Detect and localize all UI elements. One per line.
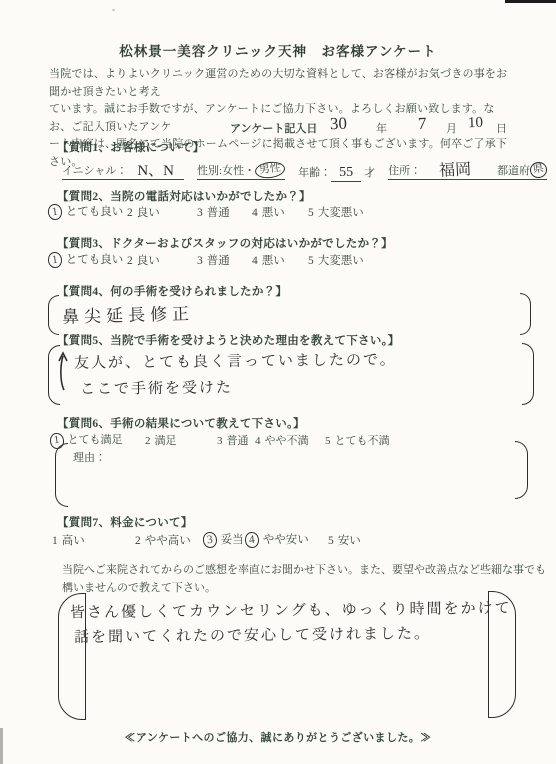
q3-option-5: 5大変悪い <box>308 252 364 268</box>
date-day-value: 10 <box>468 115 484 133</box>
intro-line-1: 当院では、よりよいクリニック運営のための大切な資料として、お客様がお気づきの事を… <box>49 66 515 101</box>
q2-option-2: 2良い <box>127 204 197 220</box>
date-year-unit: 年 <box>376 120 387 136</box>
q2-option-3: 3普通 <box>197 204 252 220</box>
feedback-answer-line-1-handwriting: 皆さん優しくてカウンセリングも、ゆっくり時間をかけて <box>70 597 512 623</box>
date-day-unit: 日 <box>496 120 507 136</box>
q4-header: 【質問4、何の手術を受けられましたか？】 <box>57 283 287 299</box>
date-label: アンケート記入日 <box>230 120 317 136</box>
q6-option-3: 3普通 <box>217 432 255 448</box>
q3-options-row: 1とても良い 2良い 3普通 4悪い 5大変悪い <box>48 251 364 268</box>
q1-initial-value-handwriting: N、N <box>127 159 184 180</box>
q2-header: 【質問2、当院の電話対応はいかがでしたか？】 <box>57 188 311 204</box>
q3-option-4: 4悪い <box>252 252 308 268</box>
q6-header: 【質問6、手術の結果について教えて下さい。】 <box>57 415 305 431</box>
date-row: アンケート記入日 30 年 7 月 10 日 <box>230 114 530 138</box>
q7-option-3: 3妥当 <box>203 531 245 548</box>
page-title: 松林景一美容クリニック天神 お客様アンケート <box>0 40 556 60</box>
q7-option-1: 1高い <box>52 532 135 548</box>
date-year-value: 30 <box>330 114 348 135</box>
q1-gender-circle-mark: 男性 <box>254 160 286 179</box>
q1-pref-circle-mark: 県 <box>529 161 548 179</box>
feedback-answer-line-2-handwriting: 話を聞いてくれたので安心して受けれました。 <box>74 622 431 647</box>
q6-option-5: 5とても不満 <box>325 432 390 448</box>
q5-answer-line-2-handwriting: ここで手術を受けた <box>80 376 233 399</box>
q7-header: 【質問7、料金について】 <box>57 514 193 530</box>
q6-reason-bracket-left <box>55 443 68 507</box>
q1-gender-label: 性別:女性・ <box>197 162 255 178</box>
q7-option-4: 4やや安い <box>245 531 328 548</box>
q1-address-group: 住所： 福岡 都道府 県 <box>388 155 547 180</box>
q3-option-1-circle-mark: 1 <box>47 251 63 269</box>
q6-option-2: 2満足 <box>145 432 217 448</box>
q7-option-3-circle-mark: 3 <box>202 531 218 549</box>
q2-option-1: 1とても良い <box>48 203 127 220</box>
q1-initial-group: イニシャル： N、N <box>62 157 184 180</box>
q3-option-3: 3普通 <box>197 252 252 268</box>
q3-header: 【質問3、ドクターおよびスタッフの対応はいかがでしたか？】 <box>57 235 393 251</box>
q6-option-4: 4やや不満 <box>255 432 325 448</box>
q3-option-2: 2良い <box>127 252 197 268</box>
q4-answer-bracket-right <box>520 293 531 335</box>
q7-options-row: 1高い 2やや高い 3妥当 4やや安い 5安い <box>52 531 361 548</box>
insertion-arrow-mark <box>56 350 72 392</box>
q1-pref-label: 都道府 <box>497 162 530 178</box>
q6-options-row: 1とても満足 2満足 3普通 4やや不満 5とても不満 <box>50 431 390 449</box>
footer-thanks: ≪アンケートへのご協力、誠にありがとうございました。≫ <box>0 729 556 745</box>
q5-header: 【質問5、当院で手術を受けようと決めた理由を教えて下さい。】 <box>57 332 400 348</box>
q5-answer-line-1-handwriting: 友人が、とても良く言っていましたので。 <box>74 348 397 372</box>
date-month-unit: 月 <box>446 120 457 136</box>
q1-address-value-handwriting: 福岡 <box>421 155 490 182</box>
q6-reason-bracket-right <box>515 441 528 499</box>
q1-age-label: 年齢： <box>298 164 331 180</box>
q2-option-4: 4悪い <box>252 204 308 220</box>
scan-dust-dot <box>112 9 115 11</box>
q7-option-2: 2やや高い <box>135 532 203 548</box>
feedback-prompt: 当院へご来院されてからのご感想を率直にお聞かせ下さい。また、要望や改善点など些細… <box>62 562 548 597</box>
feedback-prompt-line-2: 構いませんので教えて下さい。 <box>62 580 548 598</box>
date-month-value: 7 <box>418 114 427 134</box>
q5-answer-bracket-right <box>522 343 534 405</box>
feedback-prompt-line-1: 当院へご来院されてからのご感想を率直にお聞かせ下さい。また、要望や改善点など些細… <box>62 562 548 580</box>
q2-option-1-circle-mark: 1 <box>47 203 63 221</box>
q1-answer-row: イニシャル： N、N 性別:女性・ 男性 年齢： 55 才 住所： 福岡 都道府… <box>62 155 547 180</box>
q2-option-5: 5大変悪い <box>308 204 364 220</box>
q4-answer-bracket-left <box>48 295 59 335</box>
q2-options-row: 1とても良い 2良い 3普通 4悪い 5大変悪い <box>48 203 364 220</box>
q1-age-group: 年齢： 55 才 <box>298 163 375 180</box>
q1-age-unit: 才 <box>364 164 375 180</box>
q1-header: 【質問1、お客様について】 <box>57 139 204 155</box>
q1-age-value-handwriting: 55 <box>331 165 361 182</box>
q1-gender-group: 性別:女性・ 男性 <box>197 162 285 180</box>
q1-address-label: 住所： <box>388 162 421 178</box>
q6-reason-label: 理由： <box>73 449 106 465</box>
q7-option-4-circle-mark: 4 <box>244 531 260 549</box>
q7-option-5: 5安い <box>328 532 361 548</box>
survey-scan-page: 松林景一美容クリニック天神 お客様アンケート 当院では、よりよいクリニック運営の… <box>0 0 556 764</box>
q1-initial-label: イニシャル： <box>62 162 127 178</box>
q3-option-1: 1とても良い <box>48 251 127 268</box>
scan-edge-mark-top-right <box>505 0 556 3</box>
q4-answer-handwriting: 鼻尖延長修正 <box>62 299 195 327</box>
